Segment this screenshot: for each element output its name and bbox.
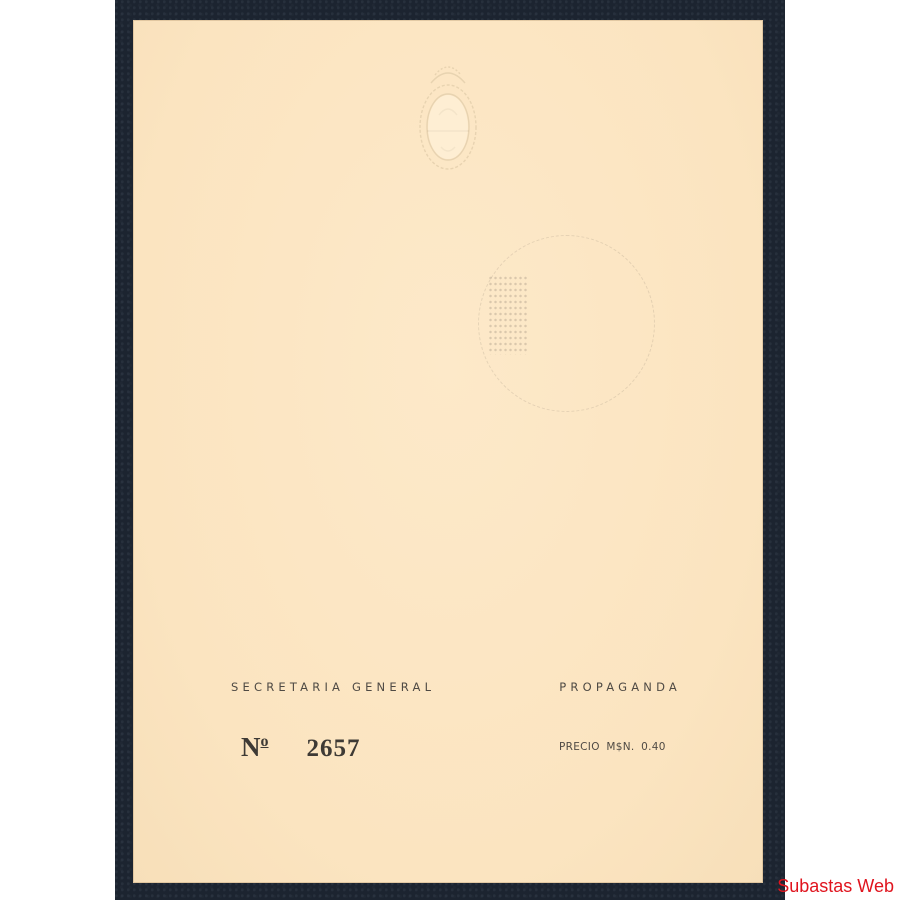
serial-number-block: No 2657 — [241, 732, 361, 763]
number-label: No — [241, 732, 269, 763]
watermark-text: Subastas Web — [777, 876, 894, 897]
souvenir-sheet-card: SECRETARIA GENERAL PROPAGANDA No 2657 PR… — [133, 20, 763, 883]
organization-name: SECRETARIA GENERAL — [231, 680, 435, 694]
issuer-line: SECRETARIA GENERAL PROPAGANDA — [231, 680, 681, 694]
postmark-ink-traces — [488, 275, 528, 355]
department-name: PROPAGANDA — [559, 680, 681, 694]
serial-number: 2657 — [307, 735, 361, 763]
coat-of-arms-emblem-icon — [409, 55, 487, 180]
price-label: PRECIO M$N. 0.40 — [559, 741, 666, 753]
